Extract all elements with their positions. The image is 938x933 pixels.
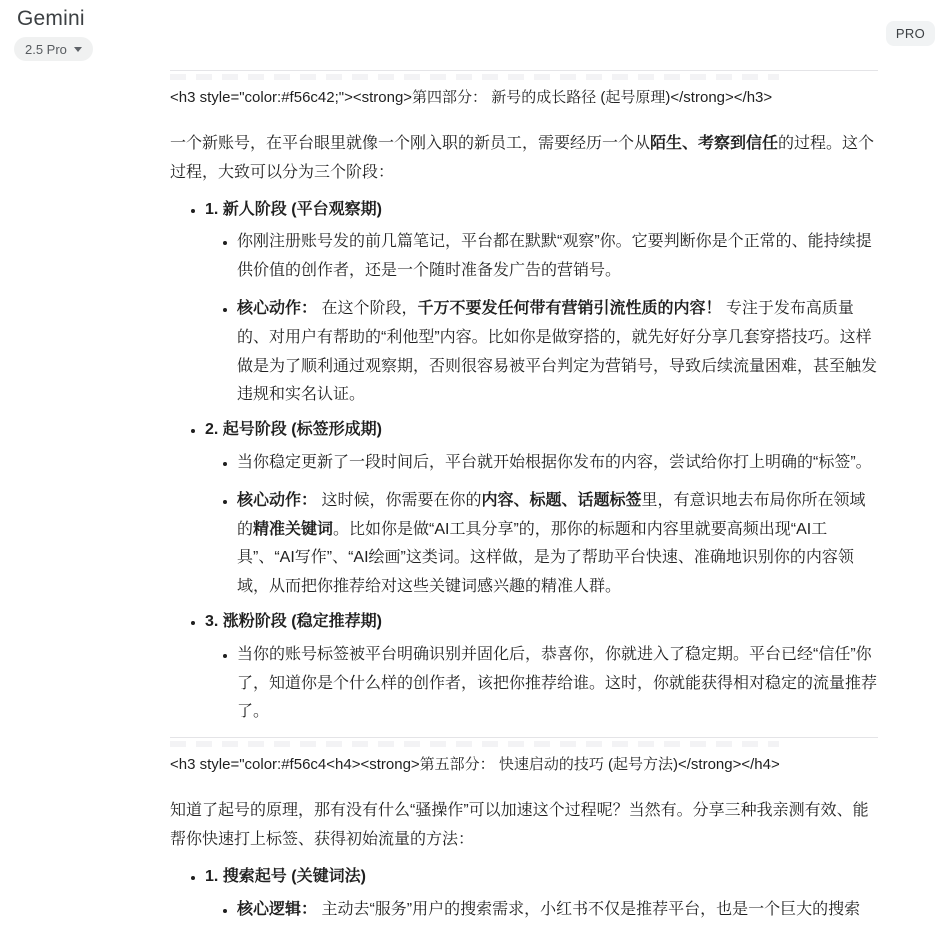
- methods-list: 1. 搜索起号 (关键词法) 核心逻辑： 主动去“服务”用户的搜索需求，小红书不…: [170, 863, 878, 925]
- model-selector-label: 2.5 Pro: [25, 42, 67, 57]
- faded-toolbar-remnant: [170, 74, 779, 80]
- list-item: 当你的账号标签被平台明确识别并固化后，恭喜你，你就进入了稳定期。平台已经“信任”…: [237, 641, 878, 727]
- section4-intro-paragraph: 一个新账号，在平台眼里就像一个刚入职的新员工，需要经历一个从陌生、考察到信任的过…: [170, 130, 878, 188]
- faded-toolbar-remnant: [170, 741, 779, 747]
- list-item: 核心动作： 在这个阶段，千万不要发任何带有营销引流性质的内容！ 专注于发布高质量…: [237, 295, 878, 410]
- message-divider: [170, 70, 878, 71]
- list-item: 核心逻辑： 主动去“服务”用户的搜索需求，小红书不仅是推荐平台，也是一个巨大的搜…: [237, 896, 878, 925]
- list-item: 1. 新人阶段 (平台观察期) 你刚注册账号发的前几篇笔记，平台都在默默“观察”…: [205, 196, 878, 411]
- stage-title: 3. 涨粉阶段 (稳定推荐期): [205, 608, 878, 637]
- stage-title: 2. 起号阶段 (标签形成期): [205, 416, 878, 445]
- raw-html-line-section5: <h3 style="color:#f56c4<h4><strong>第五部分：…: [170, 756, 878, 773]
- message-divider: [170, 737, 878, 738]
- stage-sublist: 当你稳定更新了一段时间后，平台就开始根据你发布的内容，尝试给你打上明确的“标签”…: [205, 449, 878, 602]
- pro-badge: PRO: [886, 21, 935, 46]
- list-item: 3. 涨粉阶段 (稳定推荐期) 当你的账号标签被平台明确识别并固化后，恭喜你，你…: [205, 608, 878, 727]
- chevron-down-icon: [74, 47, 82, 52]
- list-item: 当你稳定更新了一段时间后，平台就开始根据你发布的内容，尝试给你打上明确的“标签”…: [237, 449, 878, 478]
- list-item: 你刚注册账号发的前几篇笔记，平台都在默默“观察”你。它要判断你是个正常的、能持续…: [237, 228, 878, 286]
- assistant-message: <h3 style="color:#f56c42;"><strong>第四部分：…: [170, 0, 878, 930]
- method-title: 1. 搜索起号 (关键词法): [205, 863, 878, 892]
- stage-sublist: 你刚注册账号发的前几篇笔记，平台都在默默“观察”你。它要判断你是个正常的、能持续…: [205, 228, 878, 410]
- section5-intro-paragraph: 知道了起号的原理，那有没有什么“骚操作”可以加速这个过程呢？当然有。分享三种我亲…: [170, 797, 878, 855]
- method-sublist: 核心逻辑： 主动去“服务”用户的搜索需求，小红书不仅是推荐平台，也是一个巨大的搜…: [205, 896, 878, 925]
- list-item: 1. 搜索起号 (关键词法) 核心逻辑： 主动去“服务”用户的搜索需求，小红书不…: [205, 863, 878, 925]
- gemini-logo: Gemini: [17, 6, 85, 32]
- model-selector[interactable]: 2.5 Pro: [14, 37, 93, 61]
- list-item: 核心动作： 这时候，你需要在你的内容、标题、话题标签里，有意识地去布局你所在领域…: [237, 487, 878, 602]
- stages-list: 1. 新人阶段 (平台观察期) 你刚注册账号发的前几篇笔记，平台都在默默“观察”…: [170, 196, 878, 728]
- stage-title: 1. 新人阶段 (平台观察期): [205, 196, 878, 225]
- stage-sublist: 当你的账号标签被平台明确识别并固化后，恭喜你，你就进入了稳定期。平台已经“信任”…: [205, 641, 878, 727]
- raw-html-line-section4: <h3 style="color:#f56c42;"><strong>第四部分：…: [170, 89, 878, 106]
- list-item: 2. 起号阶段 (标签形成期) 当你稳定更新了一段时间后，平台就开始根据你发布的…: [205, 416, 878, 602]
